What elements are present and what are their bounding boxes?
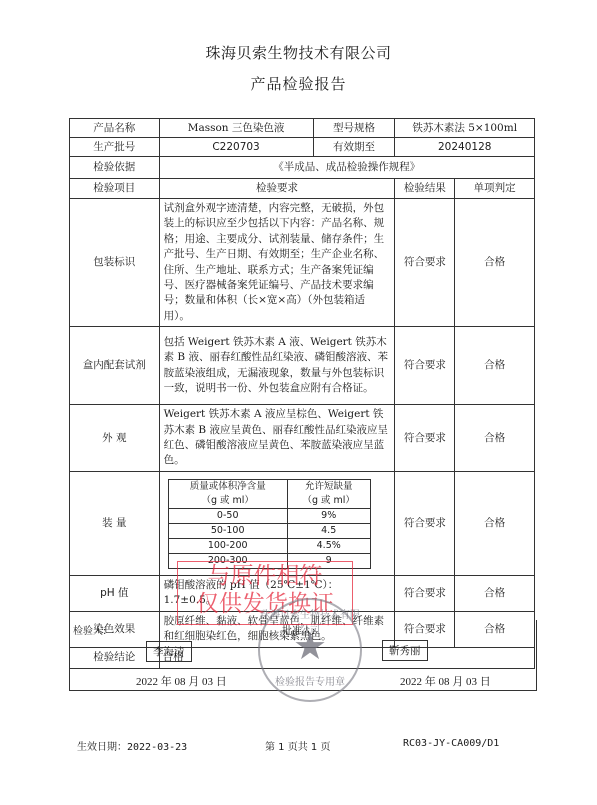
inspection-table: 产品名称 Masson 三色染色液 型号规格 铁苏木素法 5×100ml 生产批…: [69, 118, 535, 669]
expiry-value: 20240128: [395, 138, 535, 157]
basis-row: 检验依据 《半成品、成品检验操作规程》: [70, 157, 535, 179]
col-judgement: 单项判定: [455, 179, 535, 199]
fill-allowance: 9: [287, 554, 370, 569]
page-number: 第 1 页共 1 页: [265, 738, 330, 753]
inspector-name: 李海清: [146, 641, 192, 662]
fill-header-allowance-line2: （g 或 ml）: [302, 495, 354, 506]
row-judgement: 合格: [455, 199, 535, 327]
row-result: 符合要求: [395, 327, 455, 405]
row-judgement: 合格: [455, 327, 535, 405]
fill-row: 50-1004.5: [168, 524, 370, 539]
batch-row: 生产批号 C220703 有效期至 20240128: [70, 138, 535, 157]
fill-row: 0-509%: [168, 509, 370, 524]
fill-range: 50-100: [168, 524, 287, 539]
fill-tolerance-table: 质量或体积净含量（g 或 ml） 允许短缺量（g 或 ml） 0-509% 50…: [168, 479, 371, 569]
basis-label: 检验依据: [70, 157, 160, 179]
col-requirement: 检验要求: [159, 179, 395, 199]
product-name-value: Masson 三色染色液: [159, 119, 313, 138]
row-requirement: 包括 Weigert 铁苏木素 A 液、Weigert 铁苏木素 B 液、丽春红…: [159, 327, 395, 405]
product-name-label: 产品名称: [70, 119, 160, 138]
row-judgement: 合格: [455, 405, 535, 472]
fill-header-allowance: 允许短缺量（g 或 ml）: [287, 480, 370, 509]
model-value: 铁苏木素法 5×100ml: [395, 119, 535, 138]
fill-row: 100-2004.5%: [168, 539, 370, 554]
row-item: pH 值: [70, 575, 160, 611]
table-row: 包装标识 试剂盒外观字迹清楚，内容完整，无破损，外包装上的标识应至少包括以下内容…: [70, 199, 535, 327]
table-row: 盒内配套试剂 包括 Weigert 铁苏木素 A 液、Weigert 铁苏木素 …: [70, 327, 535, 405]
expiry-label: 有效期至: [313, 138, 395, 157]
row-item: 装 量: [70, 471, 160, 575]
fill-allowance: 4.5%: [287, 539, 370, 554]
fill-range: 0-50: [168, 509, 287, 524]
row-judgement: 合格: [455, 471, 535, 575]
fill-header-net-line2: （g 或 ml）: [201, 495, 253, 506]
fill-header-row: 质量或体积净含量（g 或 ml） 允许短缺量（g 或 ml）: [168, 480, 370, 509]
basis-value: 《半成品、成品检验操作规程》: [159, 157, 534, 179]
header-row: 检验项目 检验要求 检验结果 单项判定: [70, 179, 535, 199]
product-name-row: 产品名称 Masson 三色染色液 型号规格 铁苏木素法 5×100ml: [70, 119, 535, 138]
inspector-date: 2022 年 08 月 03 日: [136, 673, 227, 689]
row-result: 符合要求: [395, 199, 455, 327]
table-row: 外 观 Weigert 铁苏木素 A 液应呈棕色、Weigert 铁苏木素 B …: [70, 405, 535, 472]
approver-name: 靳秀丽: [382, 640, 428, 661]
row-item: 盒内配套试剂: [70, 327, 160, 405]
fill-table-cell: 质量或体积净含量（g 或 ml） 允许短缺量（g 或 ml） 0-509% 50…: [159, 471, 395, 575]
row-result: 符合要求: [395, 405, 455, 472]
col-result: 检验结果: [395, 179, 455, 199]
batch-value: C220703: [159, 138, 313, 157]
row-requirement: 试剂盒外观字迹清楚，内容完整，无破损，外包装上的标识应至少包括以下内容：产品名称…: [159, 199, 395, 327]
row-item: 包装标识: [70, 199, 160, 327]
row-result: 符合要求: [395, 575, 455, 611]
table-row: pH 值 磷钼酸溶液的 pH 值（25℃±1℃）：1.7±0.5。 符合要求 合…: [70, 575, 535, 611]
row-result: 符合要求: [395, 471, 455, 575]
fill-allowance: 4.5: [287, 524, 370, 539]
approver-label: 批准人:: [282, 622, 315, 637]
model-label: 型号规格: [313, 119, 395, 138]
fill-row: 200-3009: [168, 554, 370, 569]
fill-range: 200-300: [168, 554, 287, 569]
fill-allowance: 9%: [287, 509, 370, 524]
row-item: 外 观: [70, 405, 160, 472]
fill-header-net-line1: 质量或体积净含量: [190, 481, 266, 492]
col-item: 检验项目: [70, 179, 160, 199]
approver-date: 2022 年 08 月 03 日: [400, 673, 491, 689]
batch-label: 生产批号: [70, 138, 160, 157]
fill-range: 100-200: [168, 539, 287, 554]
effective-date: 生效日期：2022-03-23: [77, 738, 187, 753]
table-row: 装 量 质量或体积净含量（g 或 ml） 允许短缺量（g 或 ml） 0-509…: [70, 471, 535, 575]
row-requirement: 磷钼酸溶液的 pH 值（25℃±1℃）：1.7±0.5。: [159, 575, 395, 611]
report-title: 产品检验报告: [0, 73, 597, 94]
company-name: 珠海贝索生物技术有限公司: [0, 42, 597, 63]
inspector-label: 检验人:: [73, 622, 106, 637]
signature-section: 检验人: 李海清 2022 年 08 月 03 日 批准人: 靳秀丽 2022 …: [69, 620, 537, 691]
row-requirement: Weigert 铁苏木素 A 液应呈棕色、Weigert 铁苏木素 B 液应呈黄…: [159, 405, 395, 472]
fill-header-allowance-line1: 允许短缺量: [305, 481, 353, 492]
fill-header-net: 质量或体积净含量（g 或 ml）: [168, 480, 287, 509]
document-code: RC03-JY-CA009/D1: [403, 738, 499, 749]
row-judgement: 合格: [455, 575, 535, 611]
